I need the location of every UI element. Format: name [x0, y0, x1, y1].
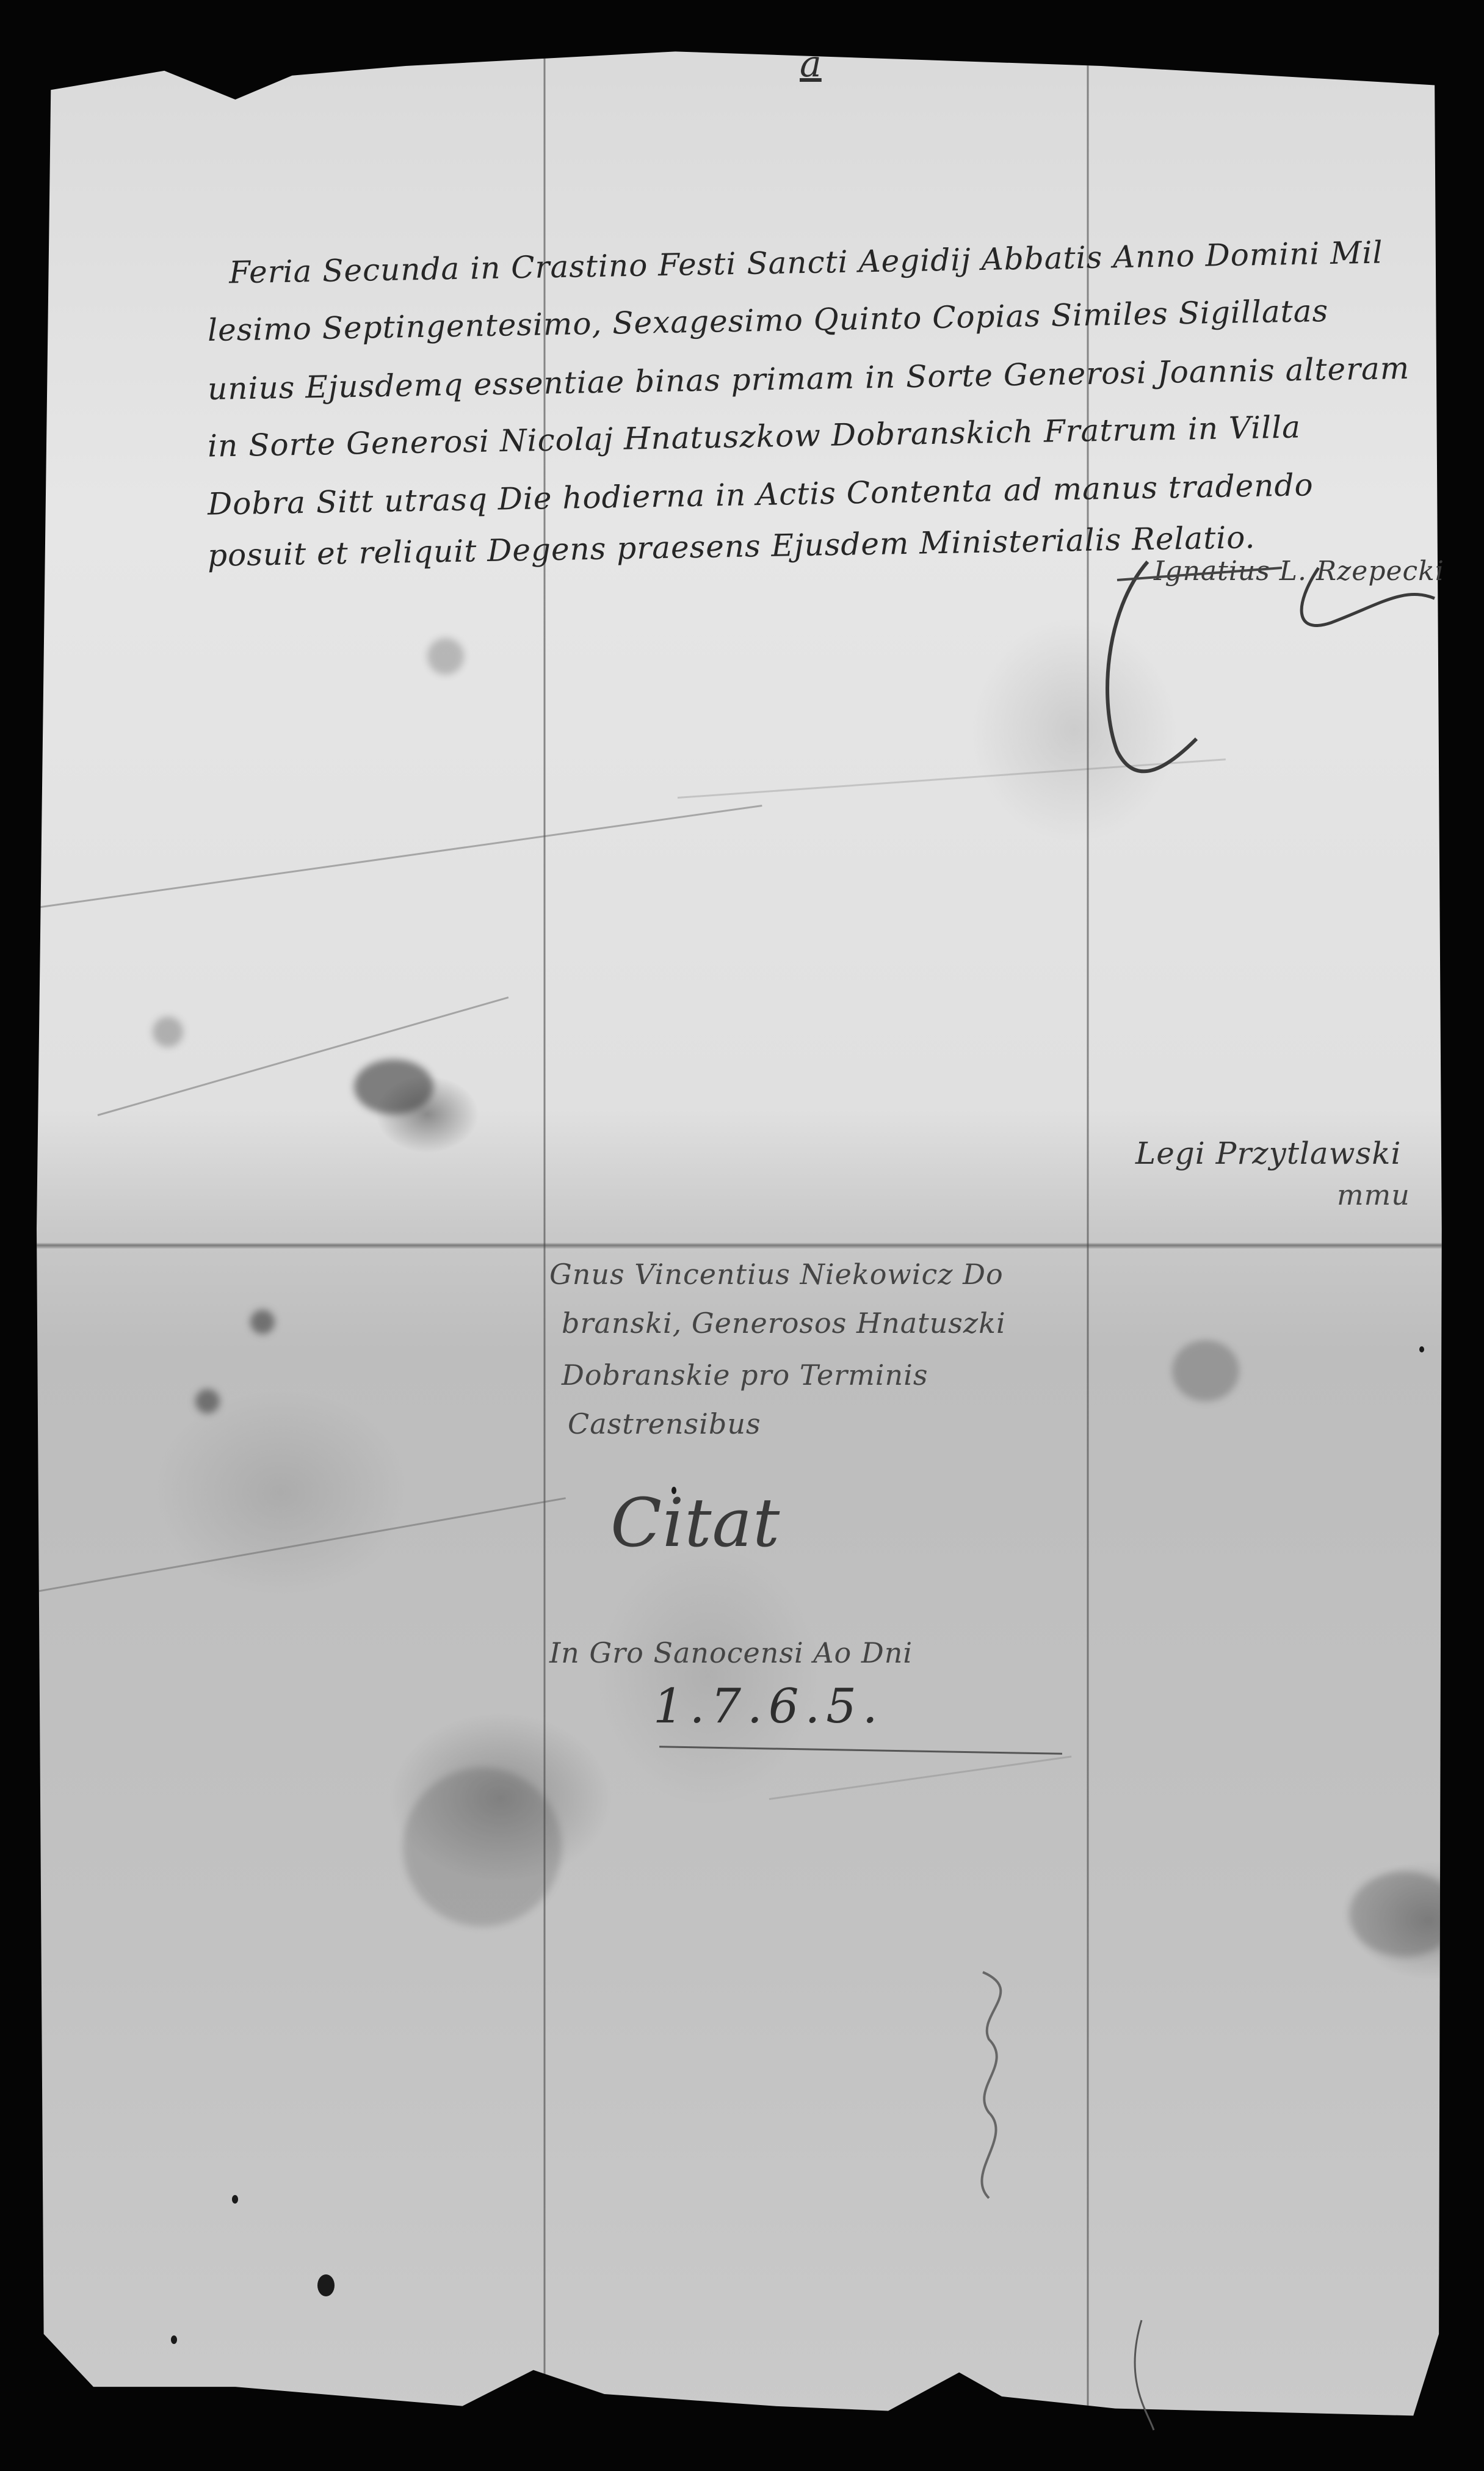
citat-label: Citat [610, 1484, 780, 1562]
reader-note-line-2: mmu [1337, 1178, 1410, 1211]
verso-address-line-1: Gnus Vincentius Niekowicz Do [549, 1258, 1004, 1291]
signature-flourish [0, 0, 1484, 2471]
document-scan: a Feria Secunda in Crastino Festi Sancti… [0, 0, 1484, 2471]
verso-closing: In Gro Sanocensi Ao Dni [549, 1636, 913, 1669]
verso-address-line-4: Castrensibus [568, 1407, 761, 1440]
reader-note-line-1: Legi Przytlawski [1135, 1136, 1401, 1171]
verso-address-line-2: branski, Generosos Hnatuszki [562, 1307, 1006, 1340]
verso-year: 1.7.6.5. [653, 1679, 884, 1734]
verso-address-line-3: Dobranskie pro Terminis [562, 1359, 928, 1392]
